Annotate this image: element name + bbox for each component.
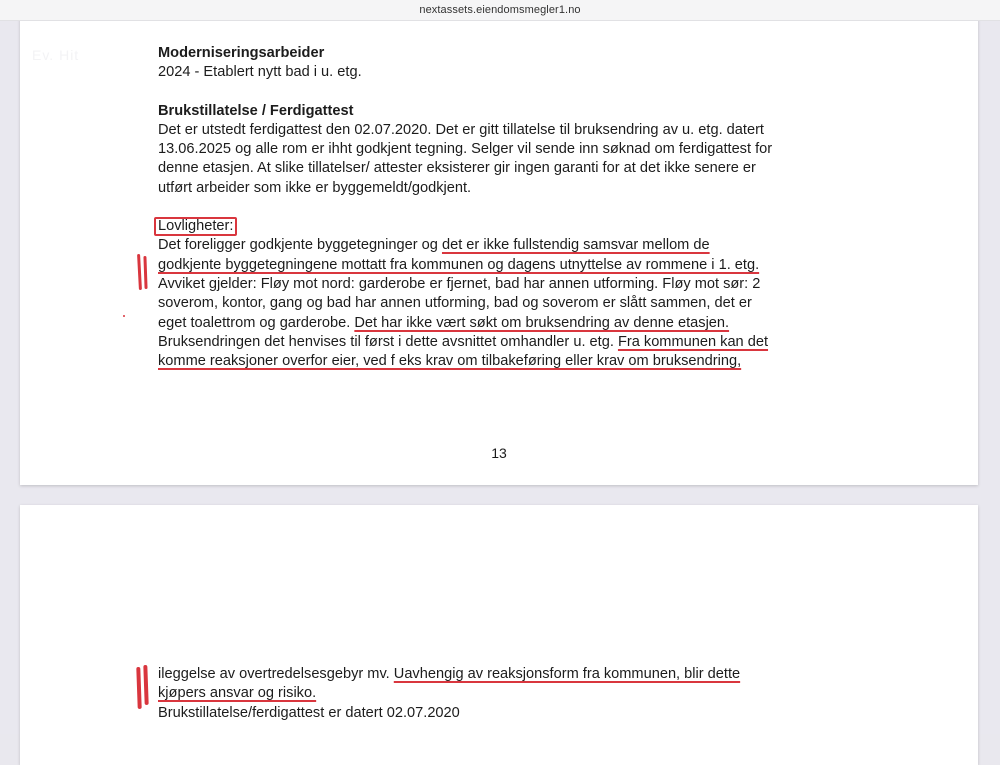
plain-text: eget toalettrom og garderobe. [158, 315, 354, 331]
page2-text: ileggelse av overtredelsesgebyr mv. Uavh… [158, 665, 838, 723]
margin-annotation-mark [143, 256, 147, 289]
section-lovligheter: Lovligheter: Det foreligger godkjente by… [158, 217, 838, 371]
underlined-annotation: Fra kommunen kan det [618, 334, 768, 350]
underlined-annotation: Det har ikke vært søkt om bruksendring a… [354, 315, 729, 331]
text-line: kjøpers ansvar og risiko. [158, 684, 838, 703]
text-line: ileggelse av overtredelsesgebyr mv. Uavh… [158, 665, 838, 684]
plain-text: ileggelse av overtredelsesgebyr mv. [158, 666, 394, 682]
text-line: soverom, kontor, gang og bad har annen u… [158, 294, 838, 313]
browser-address-bar[interactable]: nextassets.eiendomsmegler1.no [0, 0, 1000, 21]
section-moderniseringsarbeider: Moderniseringsarbeider 2024 - Etablert n… [158, 44, 838, 83]
plain-text: Brukstillatelse/ferdigattest er datert 0… [158, 705, 460, 721]
document-viewer[interactable]: Ev. Hit Moderniseringsarbeider 2024 - Et… [0, 21, 1000, 734]
text-line: 13.06.2025 og alle rom er ihht godkjent … [158, 140, 838, 159]
underlined-annotation: komme reaksjoner overfor eier, ved f eks… [158, 353, 741, 369]
underlined-annotation: kjøpers ansvar og risiko. [158, 685, 316, 701]
document-page-13: Ev. Hit Moderniseringsarbeider 2024 - Et… [20, 11, 978, 485]
page-number: 13 [20, 445, 978, 461]
plain-text: Bruksendringen det henvises til først i … [158, 334, 618, 350]
text-line: godkjente byggetegningene mottatt fra ko… [158, 256, 838, 275]
text-line: komme reaksjoner overfor eier, ved f eks… [158, 352, 838, 371]
lovligheter-text: Det foreligger godkjente byggetegninger … [158, 236, 838, 371]
underlined-annotation: det er ikke fullstendig samsvar mellom d… [442, 237, 710, 253]
url-text: nextassets.eiendomsmegler1.no [419, 4, 580, 16]
document-page-14: ileggelse av overtredelsesgebyr mv. Uavh… [20, 505, 978, 734]
text-line: Det foreligger godkjente byggetegninger … [158, 236, 838, 255]
page-content: ileggelse av overtredelsesgebyr mv. Uavh… [158, 665, 838, 723]
annotation-dot [123, 315, 125, 317]
margin-annotation-mark [136, 667, 141, 709]
margin-annotation-mark [143, 665, 148, 705]
text-line: eget toalettrom og garderobe. Det har ik… [158, 314, 838, 333]
text-line: Bruksendringen det henvises til først i … [158, 333, 838, 352]
underlined-annotation: Uavhengig av reaksjonsform fra kommunen,… [394, 666, 740, 682]
section-heading: Moderniseringsarbeider [158, 44, 838, 63]
text-line: 2024 - Etablert nytt bad i u. etg. [158, 63, 838, 82]
text-line: Det er utstedt ferdigattest den 02.07.20… [158, 121, 838, 140]
text-line: utført arbeider som ikke er byggemeldt/g… [158, 179, 838, 198]
text-line: Avviket gjelder: Fløy mot nord: garderob… [158, 275, 838, 294]
section-heading: Brukstillatelse / Ferdigattest [158, 102, 838, 121]
section-brukstillatelse: Brukstillatelse / Ferdigattest Det er ut… [158, 102, 838, 198]
ghost-text: Ev. Hit [32, 47, 79, 63]
boxed-heading-annotation: Lovligheter: [154, 217, 237, 236]
text-line: Brukstillatelse/ferdigattest er datert 0… [158, 704, 838, 723]
plain-text: Avviket gjelder: Fløy mot nord: garderob… [158, 276, 760, 292]
plain-text: Det foreligger godkjente byggetegninger … [158, 237, 442, 253]
plain-text: soverom, kontor, gang og bad har annen u… [158, 295, 752, 311]
page-content: Moderniseringsarbeider 2024 - Etablert n… [158, 44, 838, 390]
margin-annotation-mark [137, 254, 142, 290]
underlined-annotation: godkjente byggetegningene mottatt fra ko… [158, 257, 759, 273]
text-line: denne etasjen. At slike tillatelser/ att… [158, 159, 838, 178]
